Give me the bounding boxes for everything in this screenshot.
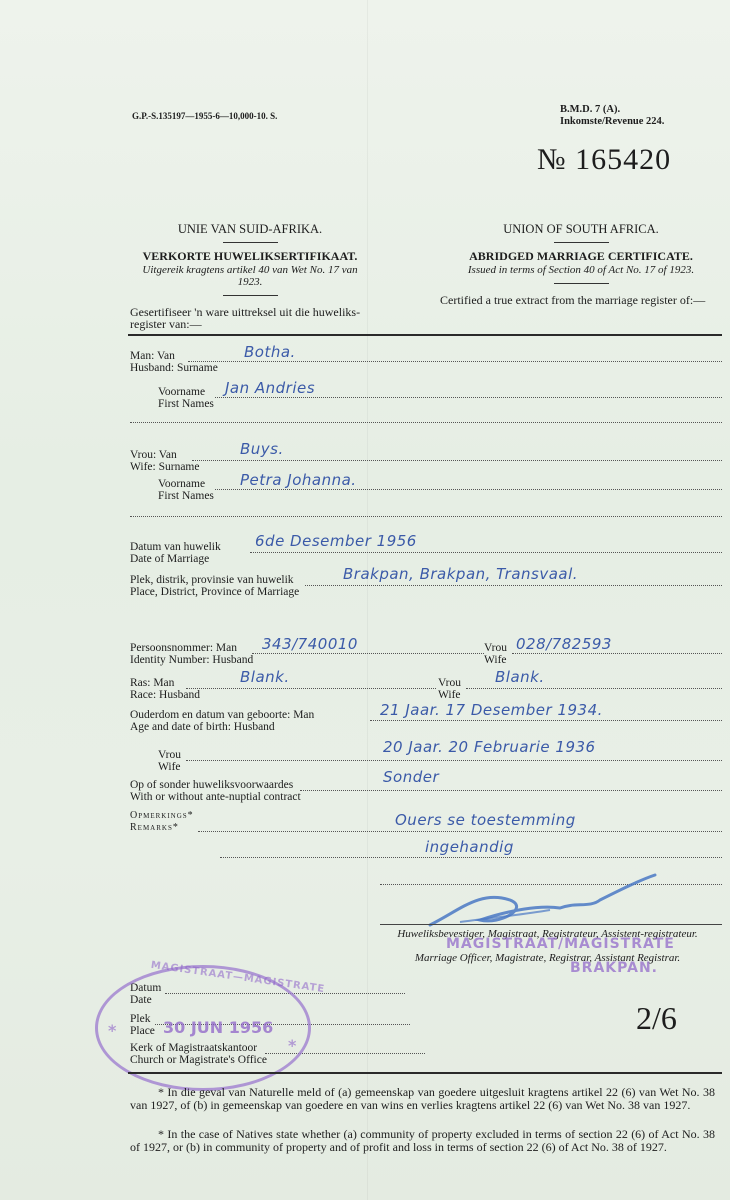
field-line: [186, 688, 436, 689]
divider: [223, 295, 278, 296]
divider: [554, 283, 609, 284]
issued-en: Issued in terms of Section 40 of Act No.…: [440, 264, 722, 276]
country-en: UNION OF SOUTH AFRICA.: [440, 222, 722, 237]
footnote-en: * In the case of Natives state whether (…: [130, 1128, 715, 1154]
wife-identity-label-en: Wife: [484, 654, 507, 666]
remarks-line-1: Ouers se toestemming: [395, 811, 576, 829]
section-rule: [128, 334, 722, 336]
race-label-en: Race: Husband: [130, 689, 200, 701]
husband-identity-number: 343/740010: [262, 635, 358, 653]
divider: [223, 242, 278, 243]
contract-label-en: With or without ante-nuptial contract: [130, 791, 301, 803]
right-header: UNION OF SOUTH AFRICA. ABRIDGED MARRIAGE…: [440, 222, 722, 306]
marriage-certificate: G.P.-S.135197—1955-6—10,000-10. S. B.M.D…: [0, 0, 730, 1200]
divider: [554, 242, 609, 243]
identity-label-en: Identity Number: Husband: [130, 654, 253, 666]
wife-firstnames-label: Voorname: [158, 478, 205, 490]
marriage-place-label: Plek, distrik, provinsie van huwelik: [130, 574, 294, 586]
field-line: [198, 831, 722, 832]
remarks-label-en: Remarks*: [130, 822, 179, 834]
field-line: [370, 720, 722, 721]
paper-fold: [367, 0, 368, 1200]
country-af: UNIE VAN SUID-AFRIKA.: [130, 222, 370, 237]
contract-label: Op of sonder huweliksvoorwaardes: [130, 779, 293, 791]
stamp-star-left: *: [108, 1021, 116, 1040]
certificate-title-en: ABRIDGED MARRIAGE CERTIFICATE.: [440, 249, 722, 264]
remarks-label: Opmerkings*: [130, 810, 194, 822]
wife-firstnames: Petra Johanna.: [240, 471, 357, 489]
wife-age-label: Vrou: [158, 749, 181, 761]
marriage-date-label: Datum van huwelik: [130, 541, 221, 553]
field-line: [512, 653, 722, 654]
wife-race-label: Vrou: [438, 677, 461, 689]
certificate-title-af: VERKORTE HUWELIKSERTIFIKAAT.: [130, 249, 370, 264]
intro-af: Gesertifiseer 'n ware uittreksel uit die…: [130, 306, 370, 330]
husband-firstnames-label: Voorname: [158, 386, 205, 398]
footnote-af: * In die geval van Naturelle meld of (a)…: [130, 1086, 715, 1112]
age-label-en: Age and date of birth: Husband: [130, 721, 275, 733]
field-line: [305, 585, 722, 586]
identity-label: Persoonsnommer: Man: [130, 642, 237, 654]
left-header: UNIE VAN SUID-AFRIKA. VERKORTE HUWELIKSE…: [130, 222, 370, 330]
field-line: [130, 516, 722, 517]
field-line: [466, 688, 722, 689]
race-label: Ras: Man: [130, 677, 174, 689]
fee: 2/6: [636, 1000, 677, 1037]
field-line: [252, 653, 484, 654]
signature-line: [380, 924, 722, 925]
officer-label-en: Marriage Officer, Magistrate, Registrar,…: [370, 952, 725, 964]
age-label: Ouderdom en datum van geboorte: Man: [130, 709, 314, 721]
issued-af: Uitgereik kragtens artikel 40 van Wet No…: [130, 264, 370, 288]
wife-race-label-en: Wife: [438, 689, 461, 701]
field-line: [186, 760, 722, 761]
marriage-place-label-en: Place, District, Province of Marriage: [130, 586, 299, 598]
field-line: [130, 422, 722, 423]
form-code: B.M.D. 7 (A).: [560, 104, 620, 115]
wife-identity-number: 028/782593: [516, 635, 612, 653]
wife-race: Blank.: [495, 668, 545, 686]
intro-en: Certified a true extract from the marria…: [440, 294, 722, 306]
field-line: [220, 857, 722, 858]
wife-identity-label: Vrou: [484, 642, 507, 654]
revenue-code: Inkomste/Revenue 224.: [560, 116, 664, 127]
magistrate-stamp-place: BRAKPAN.: [570, 960, 658, 976]
print-code: G.P.-S.135197—1955-6—10,000-10. S.: [132, 111, 277, 121]
section-rule: [128, 1072, 722, 1074]
field-line: [215, 489, 722, 490]
field-line: [250, 552, 722, 553]
wife-firstnames-label-en: First Names: [158, 490, 214, 502]
marriage-place: Brakpan, Brakpan, Transvaal.: [343, 565, 578, 583]
wife-surname-label: Vrou: Van: [130, 449, 177, 461]
field-line: [300, 790, 722, 791]
wife-surname: Buys.: [240, 440, 284, 458]
wife-surname-label-en: Wife: Surname: [130, 461, 199, 473]
husband-surname-label-en: Husband: Surname: [130, 362, 218, 374]
husband-surname: Botha.: [244, 343, 296, 361]
field-line: [215, 397, 722, 398]
certificate-number: № 165420: [537, 143, 671, 177]
date-stamp-date: 30 JUN 1956: [163, 1018, 273, 1037]
husband-firstnames: Jan Andries: [225, 379, 315, 397]
field-line: [192, 460, 722, 461]
husband-age-birth: 21 Jaar. 17 Desember 1934.: [380, 701, 603, 719]
wife-age-label-en: Wife: [158, 761, 181, 773]
stamp-star-right: *: [288, 1036, 296, 1055]
husband-race: Blank.: [240, 668, 290, 686]
husband-firstnames-label-en: First Names: [158, 398, 214, 410]
remarks-line-2: ingehandig: [425, 838, 514, 856]
magistrate-stamp: MAGISTRAAT/MAGISTRATE: [446, 936, 675, 952]
contract-value: Sonder: [383, 768, 439, 786]
marriage-date-label-en: Date of Marriage: [130, 553, 209, 565]
marriage-date: 6de Desember 1956: [255, 532, 417, 550]
husband-surname-label: Man: Van: [130, 350, 175, 362]
field-line: [188, 361, 722, 362]
wife-age-birth: 20 Jaar. 20 Februarie 1936: [383, 738, 596, 756]
